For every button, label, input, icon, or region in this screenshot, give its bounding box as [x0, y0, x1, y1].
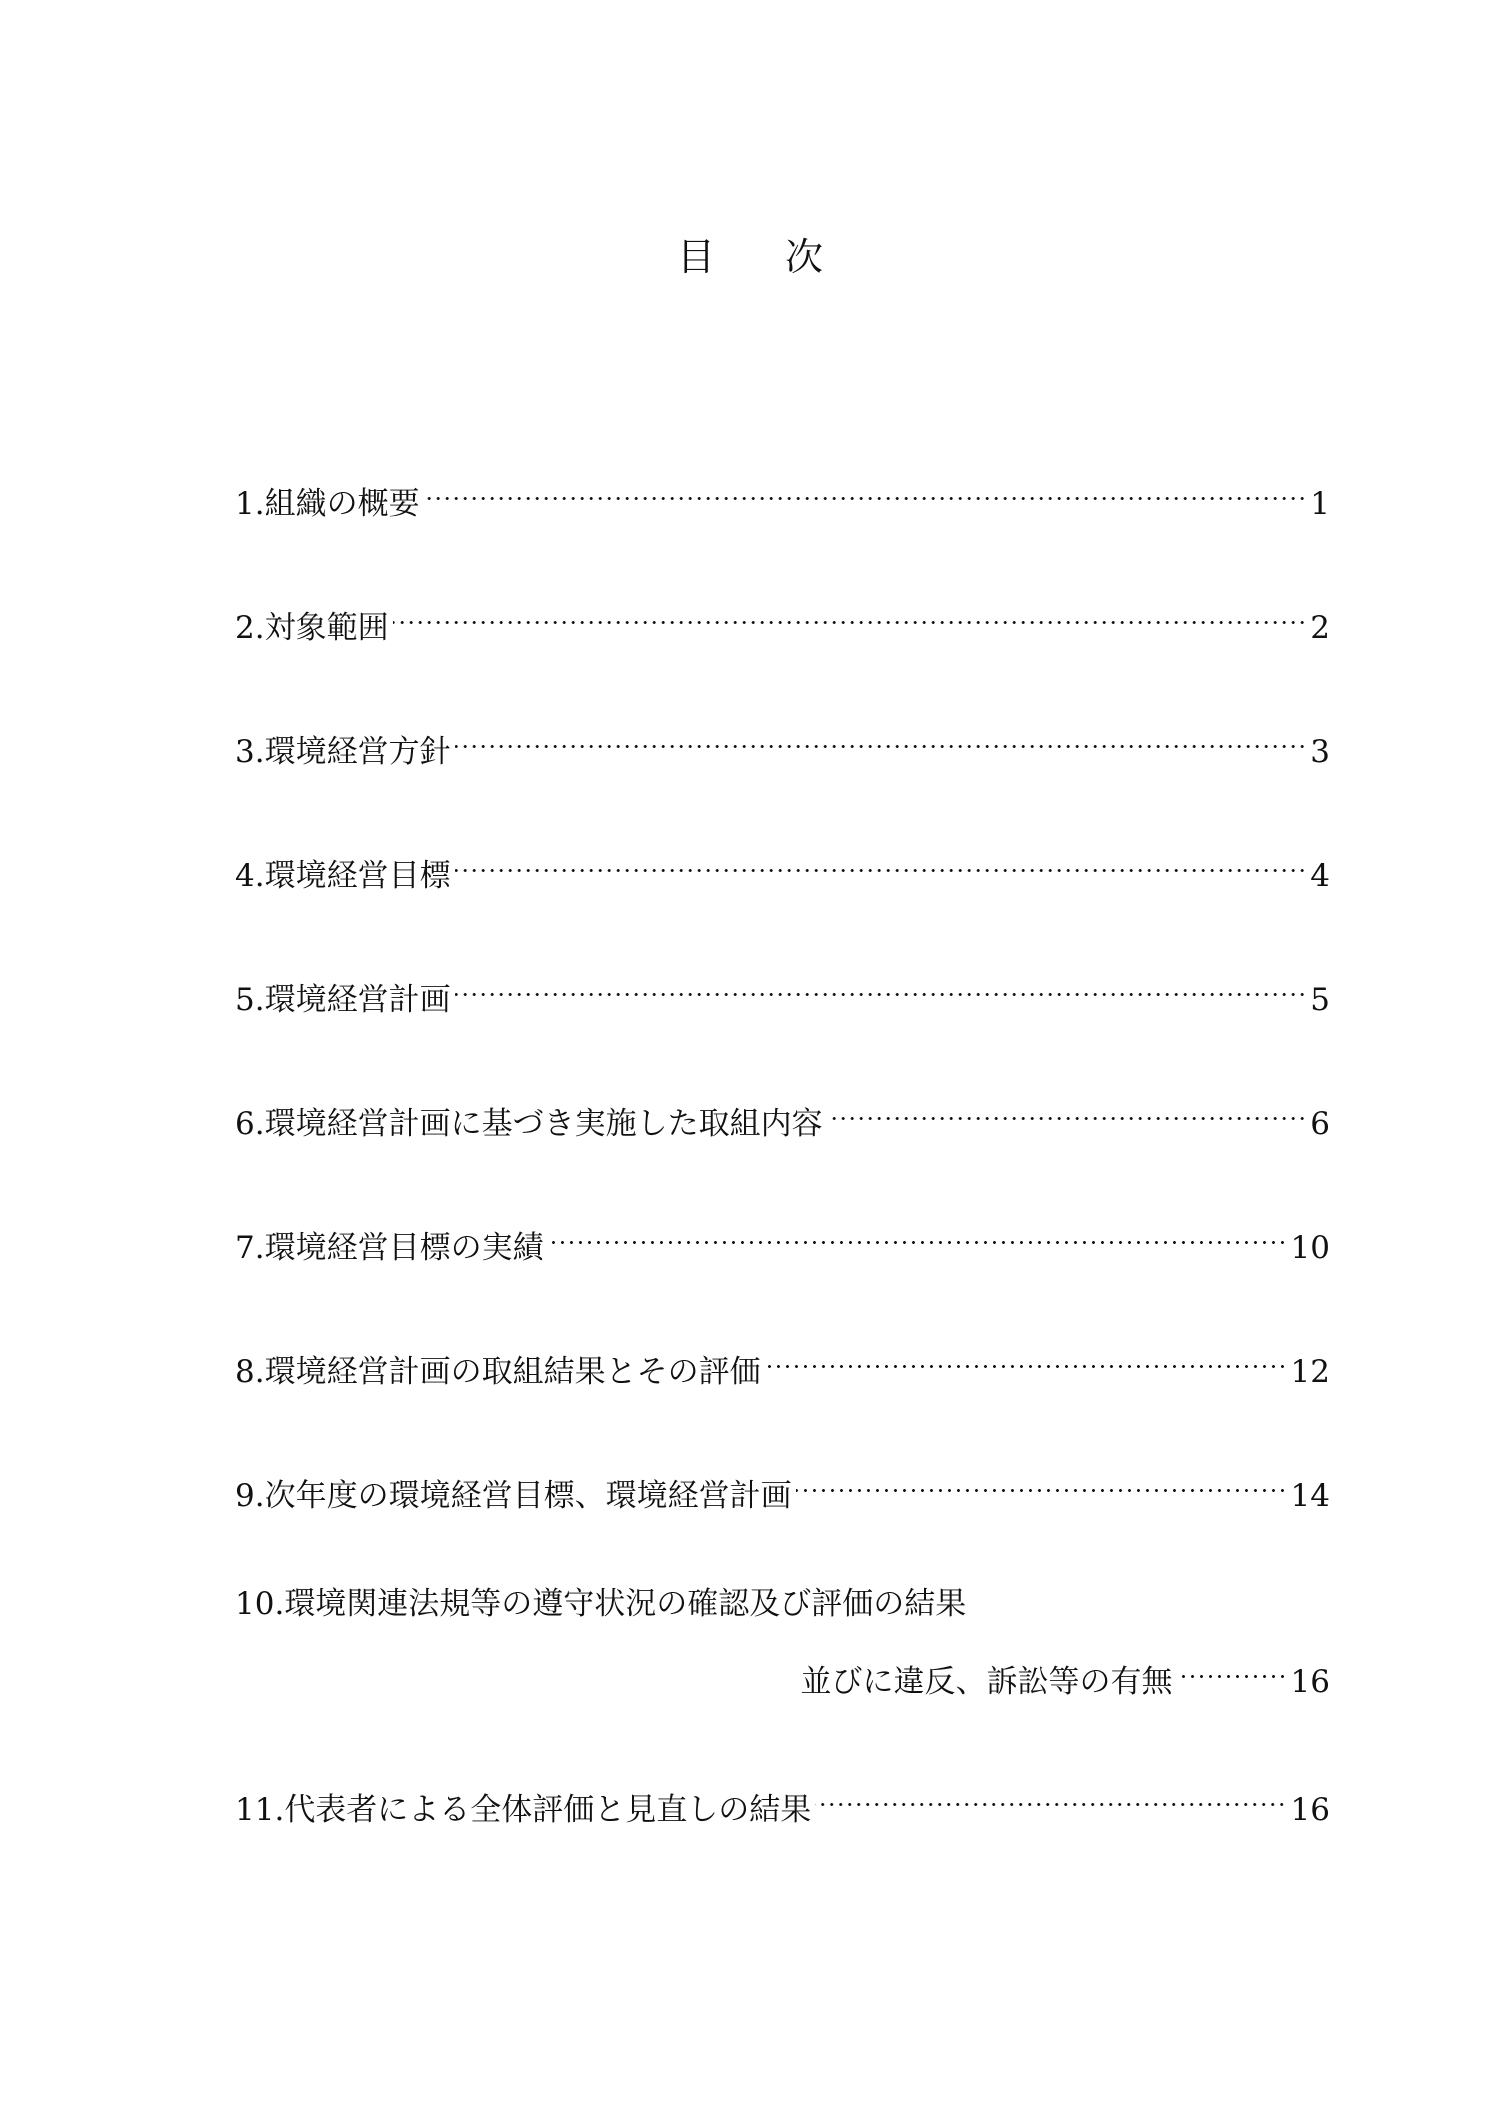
page-title: 目次 — [0, 232, 1500, 282]
dot-leader — [1177, 1640, 1287, 1692]
toc-entry-page: 10 — [1291, 1222, 1330, 1274]
toc-entry-page: 14 — [1291, 1470, 1330, 1522]
toc-entry-page: 12 — [1291, 1346, 1330, 1398]
toc-entry-label: 次年度の環境経営目標、環境経営計画 — [265, 1470, 792, 1522]
toc-entry-11[interactable]: 11. 代表者による全体評価と見直しの結果 16 — [235, 1768, 1330, 1820]
toc-entry-label: 環境経営目標の実績 — [265, 1222, 544, 1274]
toc-entry-number: 5. — [235, 974, 265, 1026]
toc-entry-label: 環境経営方針 — [265, 726, 451, 778]
toc-entry-7[interactable]: 7. 環境経営目標の実績 10 — [235, 1206, 1330, 1258]
toc-entry-number: 11. — [235, 1784, 284, 1836]
toc-entry-page: 5 — [1310, 974, 1330, 1026]
toc-entry-5[interactable]: 5. 環境経営計画 5 — [235, 958, 1330, 1010]
toc-entry-label: 対象範囲 — [265, 602, 389, 654]
toc-entry-page: 4 — [1310, 850, 1330, 902]
toc-entry-number: 3. — [235, 726, 265, 778]
toc-entry-10-continuation[interactable]: 並びに違反、訴訟等の有無 16 — [235, 1640, 1330, 1692]
toc-entry-number: 8. — [235, 1346, 265, 1398]
dot-leader — [815, 1768, 1286, 1820]
dot-leader — [765, 1330, 1287, 1382]
toc-entry-label: 環境経営計画に基づき実施した取組内容 — [265, 1098, 823, 1150]
dot-leader — [548, 1206, 1287, 1258]
toc-entry-label: 環境経営計画の取組結果とその評価 — [265, 1346, 761, 1398]
toc-entry-number: 10. — [235, 1578, 284, 1630]
title-char-1: 目 — [677, 232, 715, 282]
toc-entry-3[interactable]: 3. 環境経営方針 3 — [235, 710, 1330, 762]
toc-entry-9[interactable]: 9. 次年度の環境経営目標、環境経営計画 14 — [235, 1454, 1330, 1506]
toc-entry-page: 2 — [1310, 602, 1330, 654]
toc-entry-page: 16 — [1291, 1656, 1330, 1708]
toc-entry-label: 組織の概要 — [265, 478, 420, 530]
toc-entry-label: 環境関連法規等の遵守状況の確認及び評価の結果 — [284, 1578, 966, 1630]
toc-entry-page: 6 — [1310, 1098, 1330, 1150]
toc-entry-6[interactable]: 6. 環境経営計画に基づき実施した取組内容 6 — [235, 1082, 1330, 1134]
toc-entry-number: 7. — [235, 1222, 265, 1274]
dot-leader — [455, 958, 1307, 1010]
toc-entry-number: 2. — [235, 602, 265, 654]
toc-entry-label-line2: 並びに違反、訴訟等の有無 — [801, 1656, 1173, 1708]
dot-leader — [424, 462, 1307, 514]
toc-entry-label: 代表者による全体評価と見直しの結果 — [284, 1784, 811, 1836]
toc-entry-4[interactable]: 4. 環境経営目標 4 — [235, 834, 1330, 886]
toc-entry-page: 1 — [1310, 478, 1330, 530]
dot-leader — [455, 710, 1307, 762]
dot-leader — [827, 1082, 1307, 1134]
toc-entry-page: 3 — [1310, 726, 1330, 778]
toc-entry-page: 16 — [1291, 1784, 1330, 1836]
toc-entry-1[interactable]: 1. 組織の概要 1 — [235, 462, 1330, 514]
toc-entry-2[interactable]: 2. 対象範囲 2 — [235, 586, 1330, 638]
toc-entry-label: 環境経営目標 — [265, 850, 451, 902]
dot-leader — [455, 834, 1307, 886]
toc-entry-number: 9. — [235, 1470, 265, 1522]
toc-entry-number: 1. — [235, 478, 265, 530]
toc-entry-number: 4. — [235, 850, 265, 902]
dot-leader — [393, 586, 1307, 638]
toc-entry-label: 環境経営計画 — [265, 974, 451, 1026]
dot-leader — [796, 1454, 1287, 1506]
toc-entry-10[interactable]: 10. 環境関連法規等の遵守状況の確認及び評価の結果 — [235, 1578, 966, 1630]
title-char-2: 次 — [785, 232, 823, 282]
toc-entry-number: 6. — [235, 1098, 265, 1150]
toc-entry-8[interactable]: 8. 環境経営計画の取組結果とその評価 12 — [235, 1330, 1330, 1382]
